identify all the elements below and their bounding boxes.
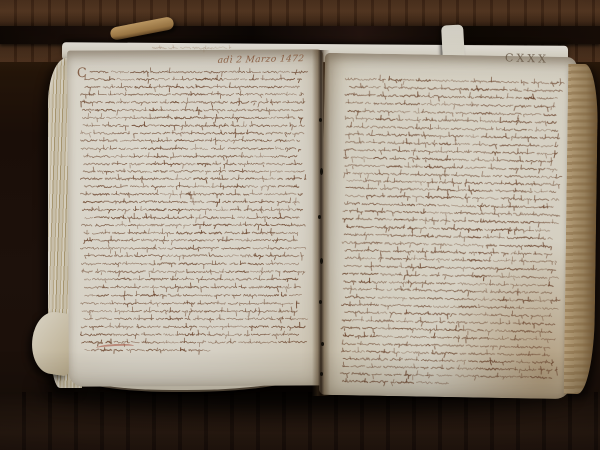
gutter-ink-speck [321,342,324,346]
photo-of-open-manuscript: adì 2 Marzo 1472 CXXX C [0,0,600,450]
gutter-ink-speck [320,258,323,264]
gutter-ink-speck [319,118,322,122]
gutter-ink-speck [318,215,321,219]
right-page-handwriting [339,72,565,390]
folio-number: CXXX [505,51,549,66]
gutter-ink-speck [320,372,323,376]
faded-inscription-handwriting [150,40,290,54]
right-page-curled-edge [564,64,599,394]
table-plank-gap [0,26,600,44]
gutter-ink-speck [319,300,322,304]
left-page-handwriting [80,64,308,358]
gutter-ink-speck [320,168,323,175]
